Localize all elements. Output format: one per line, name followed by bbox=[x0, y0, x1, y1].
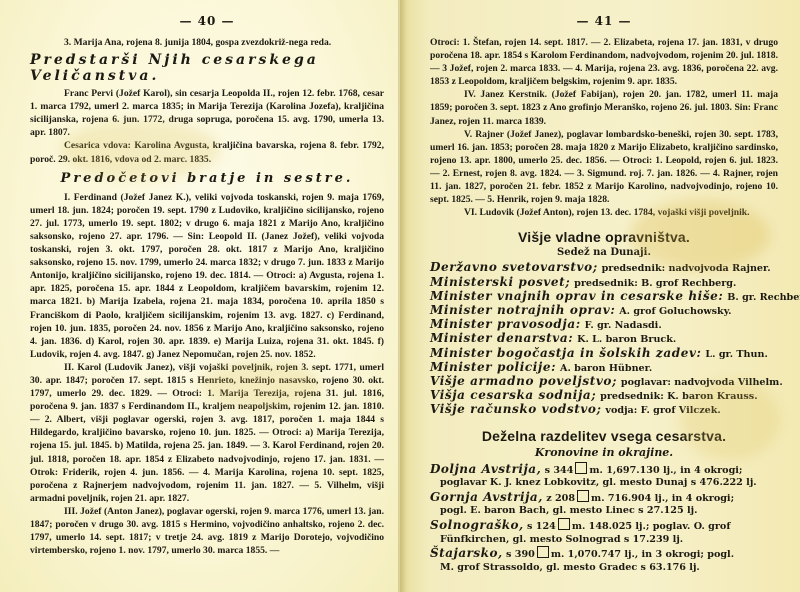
ministry-role: Višje računsko vodstvo; bbox=[430, 402, 602, 416]
ministry-row: Minister denarstva: K. L. baron Bruck. bbox=[430, 332, 778, 346]
province-details-cont: poglavar K. J. knez Lobkovitz, gl. mesto… bbox=[430, 477, 778, 490]
ministry-role: Deržavno svetovarstvo; bbox=[430, 260, 598, 274]
province-details: m. 1,697.130 lj., in 4 okrogi; bbox=[589, 465, 742, 476]
ministry-row: Minister vnajnih oprav in cesarske hiše:… bbox=[430, 290, 778, 304]
page-number: — 40 — bbox=[30, 14, 384, 28]
ministry-row: Minister bogočastja in šolskih zadev: L.… bbox=[430, 347, 778, 361]
province-name: Solnograško, bbox=[430, 518, 524, 532]
province-name: Gornja Avstrija, bbox=[430, 490, 543, 504]
paragraph: III. Jožef (Anton Janez), poglavar ogers… bbox=[30, 505, 384, 557]
province-details: m. 716.904 lj., in 4 okrogi; bbox=[591, 493, 734, 504]
province-details: m. 148.025 lj.; poglav. O. grof bbox=[572, 521, 731, 532]
paper-stain bbox=[630, 200, 770, 270]
ministry-role: Višje armadno poveljstvo; bbox=[430, 374, 617, 388]
province-details: m. 1,070.747 lj., in 3 okrogi; pogl. bbox=[551, 549, 734, 560]
ministry-role: Minister bogočastja in šolskih zadev: bbox=[430, 346, 702, 360]
province-area: s 390 bbox=[506, 549, 535, 560]
ministry-holder: A. grof Goluchowsky. bbox=[619, 306, 731, 317]
province-details-cont: Fünfkirchen, gl. mesto Solnograd s 17.23… bbox=[430, 534, 778, 547]
paragraph: V. Rajner (Jožef Janez), poglavar lombar… bbox=[430, 128, 778, 207]
paragraph: Otroci: 1. Štefan, rojen 14. sept. 1817.… bbox=[430, 36, 778, 88]
ministry-row: Minister notrajnih oprav: A. grof Goluch… bbox=[430, 304, 778, 318]
section-heading: Predstarši Njih cesarskega Veličanstva. bbox=[30, 52, 384, 84]
province-area: z 208 bbox=[546, 493, 575, 504]
province-details-cont: M. grof Strassoldo, gl. mesto Gradec s 6… bbox=[430, 562, 778, 575]
ministry-holder: predsednik: B. grof Rechberg. bbox=[574, 278, 736, 289]
ministry-role: Minister notrajnih oprav: bbox=[430, 303, 615, 317]
paragraph: I. Ferdinand (Jožef Janez K.), veliki vo… bbox=[30, 191, 384, 361]
square-mile-icon bbox=[577, 490, 589, 502]
right-page: — 41 — Otroci: 1. Štefan, rojen 14. sept… bbox=[400, 0, 800, 592]
ministry-role: Minister vnajnih oprav in cesarske hiše: bbox=[430, 289, 723, 303]
province-details-cont: pogl. E. baron Bach, gl. mesto Linec s 2… bbox=[430, 505, 778, 518]
intro-paragraph: 3. Marija Ana, rojena 8. junija 1804, go… bbox=[30, 36, 384, 49]
page-number: — 41 — bbox=[430, 14, 778, 28]
ministry-holder: F. gr. Nadasdi. bbox=[585, 320, 662, 331]
section-heading: Predočetovi bratje in sestre. bbox=[30, 171, 384, 186]
ministry-role: Minister pravosodja: bbox=[430, 317, 581, 331]
province-entry: Štajarsko, s 390m. 1,070.747 lj., in 3 o… bbox=[430, 546, 778, 574]
ministry-row: Minister policije: A. baron Hübner. bbox=[430, 361, 778, 375]
ministry-holder: A. baron Hübner. bbox=[560, 363, 652, 374]
province-name: Doljna Avstrija, bbox=[430, 462, 541, 476]
paragraph: IV. Janez Kerstnik. (Jožef Fabijan), roj… bbox=[430, 88, 778, 127]
book-spread: — 40 — 3. Marija Ana, rojena 8. junija 1… bbox=[0, 0, 800, 592]
ministry-holder: B. gr. Rechberg. bbox=[727, 292, 800, 303]
province-area: s 344 bbox=[545, 465, 574, 476]
provinces-list: Doljna Avstrija, s 344m. 1,697.130 lj., … bbox=[430, 462, 778, 575]
province-area: s 124 bbox=[527, 521, 556, 532]
paper-stain bbox=[680, 380, 780, 460]
province-entry: Doljna Avstrija, s 344m. 1,697.130 lj., … bbox=[430, 462, 778, 490]
left-page: — 40 — 3. Marija Ana, rojena 8. junija 1… bbox=[0, 0, 400, 592]
province-entry: Gornja Avstrija, z 208m. 716.904 lj., in… bbox=[430, 490, 778, 518]
ministry-role: Ministerski posvet; bbox=[430, 275, 570, 289]
paper-stain bbox=[60, 120, 220, 180]
paper-stain bbox=[200, 360, 320, 410]
ministry-row: Minister pravosodja: F. gr. Nadasdi. bbox=[430, 318, 778, 332]
book-gutter bbox=[398, 0, 406, 592]
ministry-holder: L. gr. Thun. bbox=[705, 349, 767, 360]
square-mile-icon bbox=[558, 518, 570, 530]
province-entry: Solnograško, s 124m. 148.025 lj.; poglav… bbox=[430, 518, 778, 546]
ministry-role: Minister policije: bbox=[430, 360, 556, 374]
ministry-row: Ministerski posvet; predsednik: B. grof … bbox=[430, 276, 778, 290]
ministry-role: Višja cesarska sodnija; bbox=[430, 388, 596, 402]
square-mile-icon bbox=[575, 462, 587, 474]
ministry-role: Minister denarstva: bbox=[430, 331, 573, 345]
ministry-holder: K. L. baron Bruck. bbox=[577, 334, 676, 345]
square-mile-icon bbox=[537, 546, 549, 558]
province-name: Štajarsko, bbox=[430, 546, 503, 560]
